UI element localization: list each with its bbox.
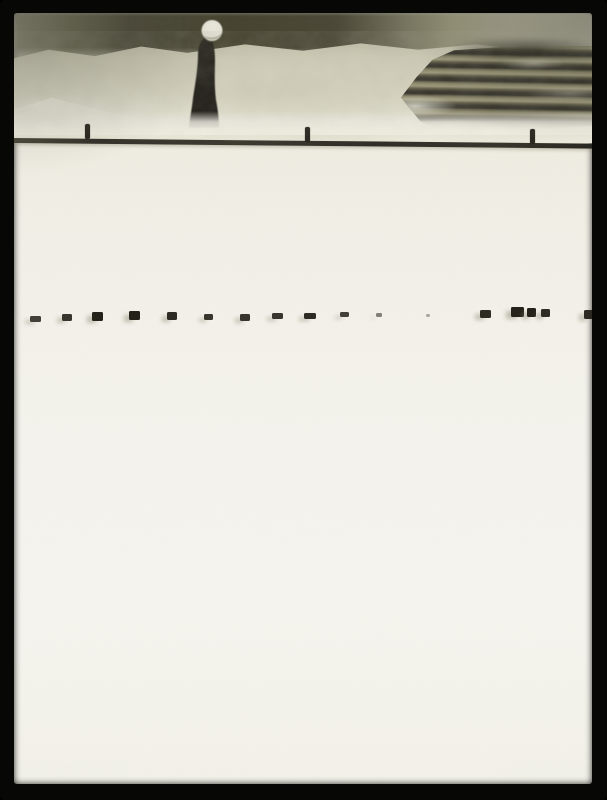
vignette [14, 13, 592, 784]
photo-frame: A lone figure in a long dark coat and a … [0, 0, 607, 800]
photograph [14, 13, 592, 784]
